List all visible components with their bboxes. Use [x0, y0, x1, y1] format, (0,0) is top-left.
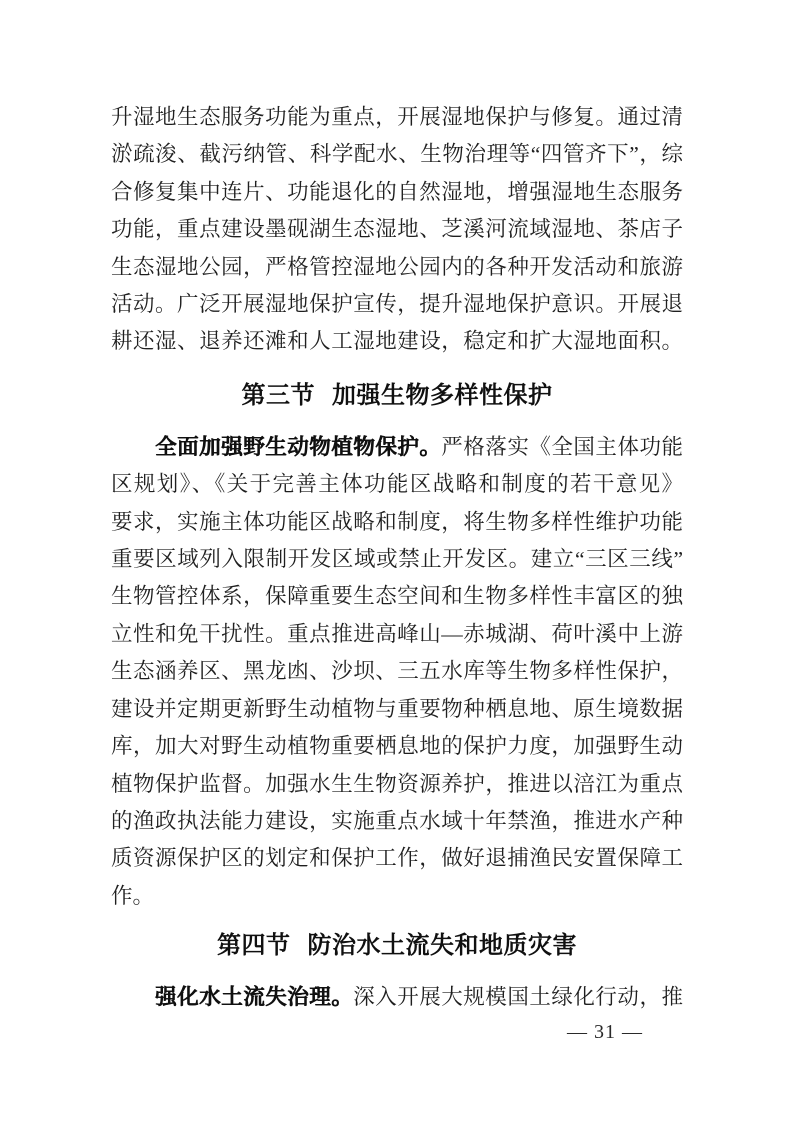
body-line: 淤疏浚、截污纳管、科学配水、生物治理等“四管齐下”，综	[111, 136, 683, 173]
body-line: 功能，重点建设墨砚湖生态湿地、芝溪河流域湿地、茶店子	[111, 211, 683, 248]
body-text: 严格落实《全国主体功能	[441, 435, 683, 459]
paragraph-soil-erosion: 强化水土流失治理。深入开展大规模国土绿化行动，推	[111, 979, 683, 1016]
body-line: 生态涵养区、黑龙凼、沙坝、三五水库等生物多样性保护，	[111, 653, 683, 690]
page-content: 升湿地生态服务功能为重点，开展湿地保护与修复。通过清 淤疏浚、截污纳管、科学配水…	[111, 99, 683, 1017]
body-line: 质资源保护区的划定和保护工作，做好退捕渔民安置保障工	[111, 840, 683, 877]
body-line: 要求，实施主体功能区战略和制度，将生物多样性维护功能	[111, 504, 683, 541]
body-line: 升湿地生态服务功能为重点，开展湿地保护与修复。通过清	[111, 99, 683, 136]
document-page: 升湿地生态服务功能为重点，开展湿地保护与修复。通过清 淤疏浚、截污纳管、科学配水…	[0, 0, 793, 1122]
body-line: 作。	[111, 878, 683, 915]
body-line: 活动。广泛开展湿地保护宣传，提升湿地保护意识。开展退	[111, 286, 683, 323]
paragraph-wetland-protection: 升湿地生态服务功能为重点，开展湿地保护与修复。通过清 淤疏浚、截污纳管、科学配水…	[111, 99, 683, 361]
body-line: 立性和免干扰性。重点推进高峰山—赤城湖、荷叶溪中上游	[111, 616, 683, 653]
body-line: 区规划》、《关于完善主体功能区战略和制度的若干意见》	[111, 466, 683, 503]
body-line: 建设并定期更新野生动植物与重要物种栖息地、原生境数据	[111, 691, 683, 728]
section-3-number: 第三节	[242, 382, 316, 409]
section-4-title: 防治水土流失和地质灾害	[308, 932, 578, 959]
paragraph-biodiversity: 全面加强野生动物植物保护。严格落实《全国主体功能 区规划》、《关于完善主体功能区…	[111, 429, 683, 915]
body-line: 重要区域列入限制开发区域或禁止开发区。建立“三区三线”	[111, 541, 683, 578]
section-4-number: 第四节	[217, 932, 291, 959]
body-line: 耕还湿、退养还滩和人工湿地建设，稳定和扩大湿地面积。	[111, 323, 683, 360]
page-number: — 31 —	[567, 1020, 643, 1044]
body-text: 深入开展大规模国土绿化行动，推	[353, 985, 683, 1009]
body-line: 生物管控体系，保障重要生态空间和生物多样性丰富区的独	[111, 578, 683, 615]
bold-lead-phrase: 全面加强野生动物植物保护。	[155, 435, 441, 459]
body-line: 合修复集中连片、功能退化的自然湿地，增强湿地生态服务	[111, 174, 683, 211]
body-line-with-lead: 全面加强野生动物植物保护。严格落实《全国主体功能	[111, 429, 683, 466]
body-line: 植物保护监督。加强水生生物资源养护，推进以涪江为重点	[111, 766, 683, 803]
body-line: 的渔政执法能力建设，实施重点水域十年禁渔，推进水产种	[111, 803, 683, 840]
body-line: 生态湿地公园，严格管控湿地公园内的各种开发活动和旅游	[111, 249, 683, 286]
body-line: 库，加大对野生动植物重要栖息地的保护力度，加强野生动	[111, 728, 683, 765]
section-heading-4: 第四节防治水土流失和地质灾害	[111, 931, 683, 961]
section-heading-3: 第三节加强生物多样性保护	[111, 381, 683, 411]
bold-lead-phrase: 强化水土流失治理。	[155, 985, 353, 1009]
section-3-title: 加强生物多样性保护	[332, 382, 553, 409]
body-line-with-lead: 强化水土流失治理。深入开展大规模国土绿化行动，推	[111, 979, 683, 1016]
